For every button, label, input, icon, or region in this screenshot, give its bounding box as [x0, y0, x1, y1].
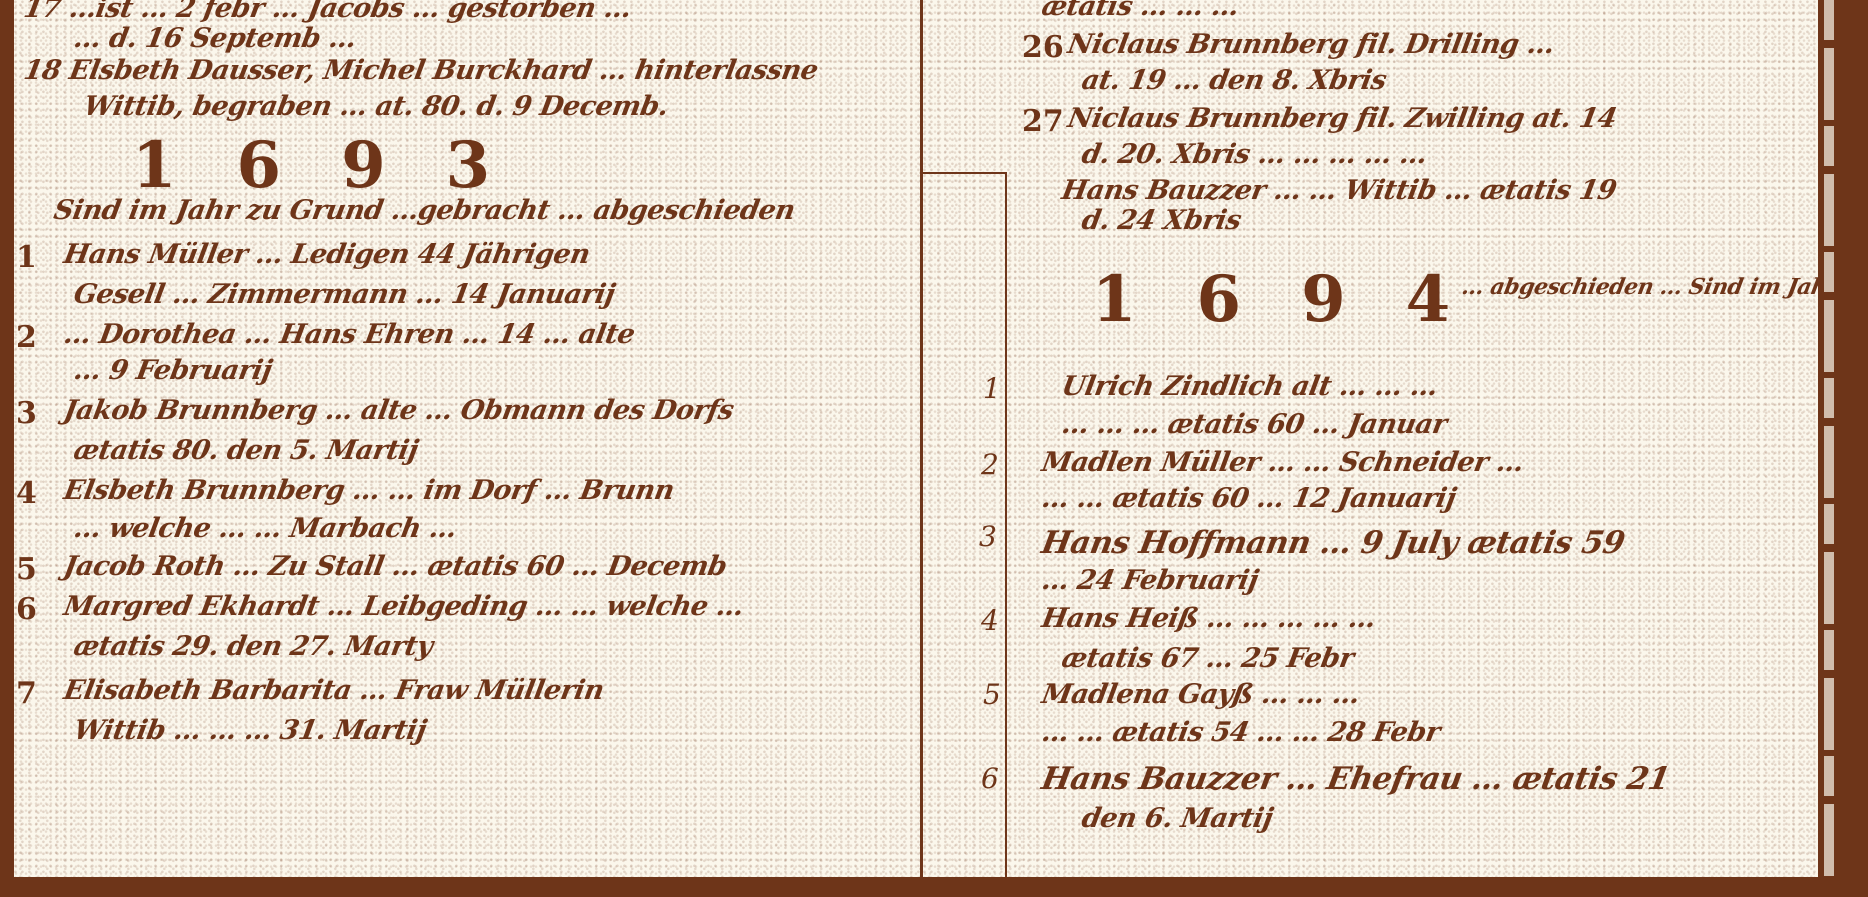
- entry-number: 7: [16, 676, 37, 711]
- entry-line: Hans Müller … Ledigen 44 Jährigen: [61, 240, 592, 270]
- entry-line: Jakob Brunnberg … alte … Obmann des Dorf…: [61, 396, 735, 426]
- entry-line: … 24 Februarij: [1039, 566, 1260, 596]
- right-top-line-3: at. 19 … den 8. Xbris: [1079, 66, 1388, 96]
- entry-line: den 6. Martij: [1079, 804, 1275, 834]
- entry-number: 4: [16, 476, 37, 511]
- right-top-line-1: ætatis … … …: [1039, 0, 1241, 22]
- left-top-line-3: 18 Elsbeth Dausser, Michel Burckhard … h…: [21, 56, 820, 86]
- left-heading: Sind im Jahr zu Grund …gebracht … abgesc…: [51, 196, 797, 226]
- margin-number: 5: [983, 678, 1001, 711]
- entry-line: ætatis 80. den 5. Martij: [71, 436, 420, 466]
- entry-line: Elsbeth Brunnberg … … im Dorf … Brunn: [61, 476, 676, 506]
- book-binding-edge: [1818, 0, 1868, 897]
- year-1693: 1693: [132, 128, 550, 203]
- entry-line: Madlena Gayß … … …: [1039, 680, 1361, 710]
- left-top-line-4: Wittib, begraben … at. 80. d. 9 Decemb.: [81, 92, 670, 122]
- entry-line: … … … ætatis 60 … Januar: [1059, 410, 1449, 440]
- entry-number: 27: [1022, 104, 1064, 139]
- entry-line: Jacob Roth … Zu Stall … ætatis 60 … Dece…: [61, 552, 729, 582]
- margin-number: 4: [981, 604, 999, 637]
- entry-line: … … ætatis 60 … 12 Januarij: [1039, 484, 1458, 514]
- right-page: ætatis … … … 26 Niclaus Brunnberg fil. D…: [1022, 0, 1818, 880]
- right-heading: … abgeschieden … Sind im Jahr … abgestor…: [1459, 272, 1818, 302]
- right-top-line-7: d. 24 Xbris: [1079, 206, 1243, 236]
- entry-number: 3: [16, 396, 37, 431]
- right-top-line-4: Niclaus Brunnberg fil. Zwilling at. 14: [1065, 104, 1618, 134]
- entry-line: … welche … … Marbach …: [71, 514, 458, 544]
- entry-line: Hans Bauzzer … Ehefrau … ætatis 21: [1039, 764, 1672, 794]
- entry-number: 5: [16, 552, 37, 587]
- entry-line: Wittib … … … 31. Martij: [71, 716, 428, 746]
- margin-number: 2: [981, 448, 999, 481]
- entry-line: Gesell … Zimmermann … 14 Januarij: [71, 280, 617, 310]
- left-page: 17 …ist … 2 febr … Jacobs … gestorben … …: [14, 0, 920, 880]
- gutter-margin: 1 2 3 4 5 6: [920, 0, 1025, 880]
- entry-line: ætatis 67 … 25 Febr: [1059, 644, 1356, 674]
- right-top-line-5: d. 20. Xbris … … … … …: [1079, 140, 1429, 170]
- right-top-line-2: Niclaus Brunnberg fil. Drilling …: [1065, 30, 1556, 60]
- entry-number: 26: [1022, 30, 1064, 65]
- entry-line: Margred Ekhardt … Leibgeding … … welche …: [61, 592, 745, 622]
- year-1694: 1694: [1092, 262, 1510, 337]
- entry-line: … 9 Februarij: [71, 356, 274, 386]
- entry-number: 2: [16, 320, 37, 355]
- entry-number: 1: [16, 240, 37, 275]
- margin-number: 1: [983, 372, 1001, 405]
- entry-line: Ulrich Zindlich alt … … …: [1059, 372, 1439, 402]
- entry-number: 6: [16, 592, 37, 627]
- right-top-line-6: Hans Bauzzer … … Wittib … ætatis 19: [1059, 176, 1618, 206]
- entry-line: … Dorothea … Hans Ehren … 14 … alte: [61, 320, 636, 350]
- entry-line: ætatis 29. den 27. Marty: [71, 632, 434, 662]
- page-bottom-edge: [0, 877, 1868, 897]
- register-spread: 17 …ist … 2 febr … Jacobs … gestorben … …: [0, 0, 1868, 897]
- left-top-line-2: … d. 16 Septemb …: [71, 24, 358, 54]
- entry-line: Madlen Müller … … Schneider …: [1039, 448, 1525, 478]
- left-top-line-1: 17 …ist … 2 febr … Jacobs … gestorben …: [21, 0, 633, 24]
- entry-line: Hans Hoffmann … 9 July ætatis 59: [1039, 528, 1627, 558]
- margin-number: 3: [979, 520, 997, 553]
- margin-number: 6: [981, 762, 999, 795]
- entry-line: … … ætatis 54 … … 28 Febr: [1039, 718, 1442, 748]
- entry-line: Elisabeth Barbarita … Fraw Müllerin: [61, 676, 606, 706]
- entry-line: Hans Heiß … … … … …: [1039, 604, 1377, 634]
